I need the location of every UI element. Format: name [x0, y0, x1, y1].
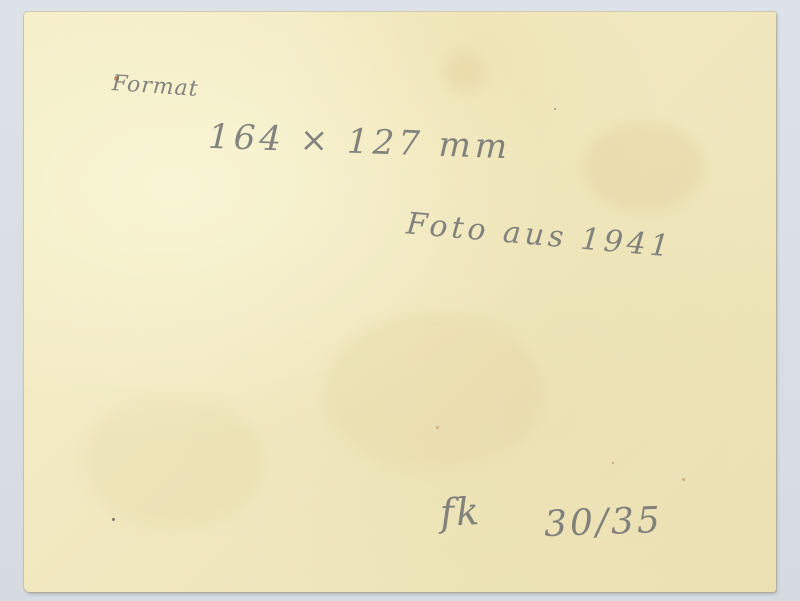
handwritten-initials: fk — [439, 489, 482, 535]
paper-stain — [324, 312, 544, 472]
photo-scene: Format 164 × 127 mm Foto aus 1941 fk 30/… — [0, 0, 800, 601]
handwritten-reference-number: 30/35 — [543, 500, 663, 545]
paper-speck — [436, 426, 439, 429]
paper-stain — [84, 392, 264, 532]
photo-print-back: Format 164 × 127 mm Foto aus 1941 fk 30/… — [24, 12, 776, 592]
handwritten-dimensions: 164 × 127 mm — [207, 117, 511, 168]
paper-speck — [612, 462, 614, 464]
paper-speck — [682, 478, 685, 481]
paper-stain — [444, 52, 484, 92]
handwritten-format-label: Format — [111, 71, 199, 102]
paper-stain — [584, 122, 704, 212]
handwritten-photo-date: Foto aus 1941 — [405, 206, 674, 264]
paper-speck — [112, 518, 115, 521]
paper-speck — [554, 108, 556, 110]
